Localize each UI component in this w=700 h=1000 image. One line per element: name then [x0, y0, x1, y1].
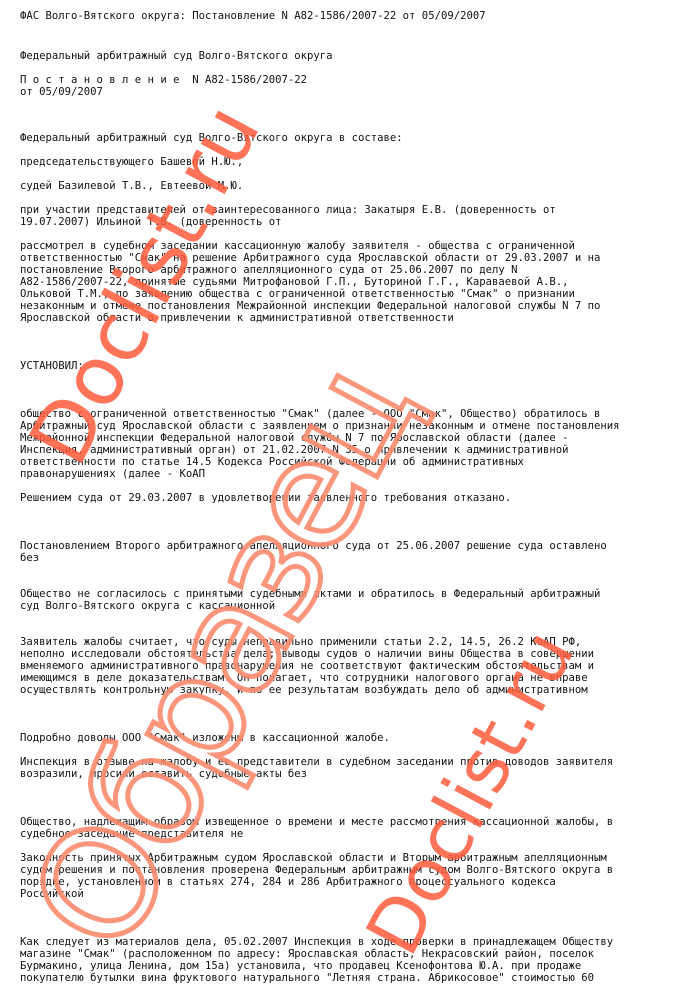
paragraph-line: осуществлять контрольную закупку, и по е… — [20, 684, 588, 696]
paragraph-line: Общество не согласилось с принятыми суде… — [20, 588, 600, 600]
paragraph-line: Арбитражный суд Ярославской области с за… — [20, 420, 620, 432]
paragraph-line: ответственностью "Смак" на решение Арбит… — [20, 252, 600, 264]
paragraph-line: Ольковой Т.М., по заявлению общества с о… — [20, 288, 575, 300]
paragraph-line: имеющимся в деле доказательствам. Он пол… — [20, 672, 588, 684]
paragraph-line: Ярославской области о привлечении к адми… — [20, 312, 454, 324]
paragraph-line: УСТАНОВИЛ: — [20, 360, 84, 372]
paragraph-line: вменяемого административного правонаруше… — [20, 660, 594, 672]
paragraph-line: Общество, надлежащим образом извещенное … — [20, 816, 613, 828]
paragraph-line: ответственности по статье 14.5 Кодекса Р… — [20, 456, 524, 468]
paragraph-line: Законность принятых Арбитражным судом Яр… — [20, 852, 607, 864]
document-type: П о с т а н о в л е н и е N А82-1586/200… — [20, 74, 307, 86]
paragraph-line: правонарушениях (далее - КоАП — [20, 468, 205, 480]
paragraph-line: Инспекция, административный орган) от 21… — [20, 444, 569, 456]
paragraph-line: общество с ограниченной ответственностью… — [20, 408, 600, 420]
document-date: от 05/09/2007 — [20, 86, 103, 98]
paragraph-line: порядке, установленном в статьях 274, 28… — [20, 876, 556, 888]
paragraph-line: судей Базилевой Т.В., Евтеевой М.Ю. — [20, 180, 243, 192]
document-body: ФАС Волго-Вятского округа: Постановление… — [20, 6, 700, 102]
paragraph-line: возразили, просили оставить судебные акт… — [20, 768, 307, 780]
court-name: Федеральный арбитражный суд Волго-Вятско… — [20, 50, 333, 62]
paragraph-line: неполно исследовали обстоятельства дела;… — [20, 648, 594, 660]
paragraph-line: Инспекция в отзыве на жалобу и ее предст… — [20, 756, 613, 768]
paragraph-line: судебное заседание представителя не — [20, 828, 243, 840]
paragraph-line: Подробно доводы ООО "Смак" изложены в ка… — [20, 732, 390, 744]
paragraph-line: А82-1586/2007-22, принятые судьями Митро… — [20, 276, 569, 288]
paragraph-line: без — [20, 552, 39, 564]
paragraph-line: Бурмакино, улица Ленина, дом 15а) устано… — [20, 960, 581, 972]
paragraph-line: покупателю бутылки вина фруктового натур… — [20, 972, 594, 984]
paragraph-line: Российской — [20, 888, 84, 900]
paragraph-line: рассмотрел в судебном заседании кассацио… — [20, 240, 575, 252]
paragraph-line: председательствующего Башевой Н.Ю., — [20, 156, 243, 168]
paragraph-line: судом решения и постановления проверена … — [20, 864, 613, 876]
paragraph-line: Межрайонной инспекции Федеральной налого… — [20, 432, 569, 444]
paragraph-line: 19.07.2007) Ильиной Т.В. (доверенность о… — [20, 216, 282, 228]
paragraph-line: суд Волго-Вятского округа с кассационной — [20, 600, 275, 612]
paragraph-line: при участии представителей от заинтересо… — [20, 204, 556, 216]
document-header: ФАС Волго-Вятского округа: Постановление… — [20, 10, 486, 22]
paragraph-line: Федеральный арбитражный суд Волго-Вятско… — [20, 132, 403, 144]
paragraph-line: незаконным и отмене постановления Межрай… — [20, 300, 600, 312]
paragraph-line: Постановлением Второго арбитражного апел… — [20, 540, 607, 552]
paragraph-line: Заявитель жалобы считает, что суды непра… — [20, 636, 581, 648]
paragraph-line: магазине "Смак" (расположенном по адресу… — [20, 948, 594, 960]
paragraph-line: Решением суда от 29.03.2007 в удовлетвор… — [20, 492, 511, 504]
paragraph-line: постановление Второго арбитражного апелл… — [20, 264, 517, 276]
paragraph-line: Как следует из материалов дела, 05.02.20… — [20, 936, 613, 948]
